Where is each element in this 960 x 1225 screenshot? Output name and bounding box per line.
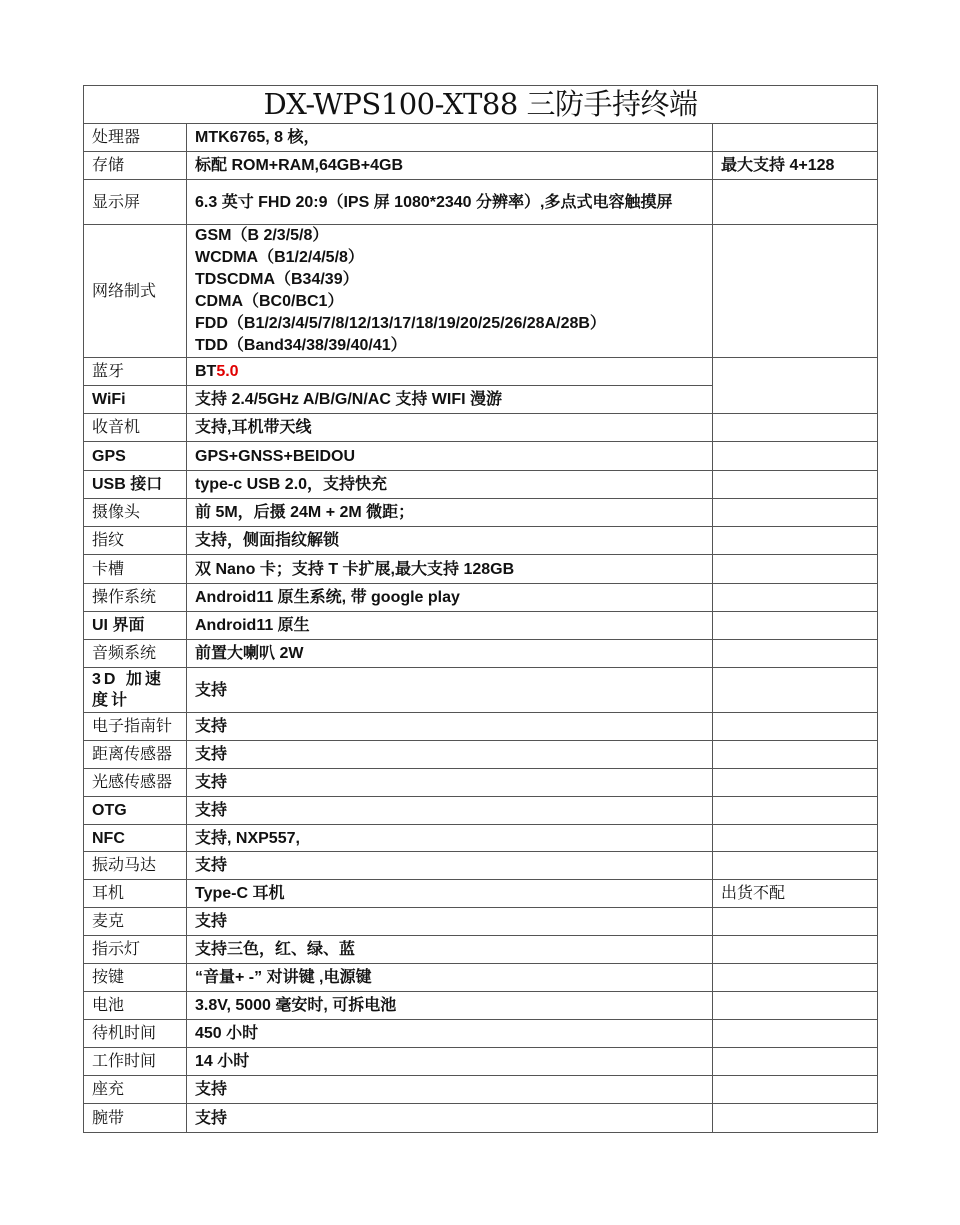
- spec-value: 支持，侧面指纹解锁: [187, 527, 713, 555]
- spec-table: DX-WPS100-XT88 三防手持终端 处理器 MTK6765, 8 核， …: [83, 85, 878, 1133]
- spec-note: [713, 668, 878, 713]
- spec-label: 网络制式: [84, 225, 187, 358]
- spec-note: [713, 1076, 878, 1104]
- table-row: 卡槽 双 Nano 卡；支持 T 卡扩展,最大支持 128GB: [84, 555, 878, 584]
- spec-value: 前置大喇叭 2W: [187, 640, 713, 668]
- spec-note: 最大支持 4+128: [713, 152, 878, 180]
- spec-value-network-bands: GSM（B 2/3/5/8） WCDMA（B1/2/4/5/8） TDSCDMA…: [187, 225, 713, 358]
- title-row: DX-WPS100-XT88 三防手持终端: [84, 86, 878, 124]
- spec-value: 支持: [187, 908, 713, 936]
- spec-note: [713, 555, 878, 584]
- spec-note: [713, 612, 878, 640]
- spec-note: [713, 225, 878, 358]
- table-row: 座充 支持: [84, 1076, 878, 1104]
- spec-label: 音频系统: [84, 640, 187, 668]
- spec-note: [713, 908, 878, 936]
- table-row: 收音机 支持,耳机带天线: [84, 414, 878, 442]
- spec-label: 3D 加速度计: [84, 668, 187, 713]
- table-row: 光感传感器 支持: [84, 769, 878, 797]
- table-row: UI 界面 Android11 原生: [84, 612, 878, 640]
- band-line: TDSCDMA（B34/39）: [195, 269, 704, 291]
- table-row: 网络制式 GSM（B 2/3/5/8） WCDMA（B1/2/4/5/8） TD…: [84, 225, 878, 358]
- spec-note: [713, 992, 878, 1020]
- spec-label: 摄像头: [84, 499, 187, 527]
- spec-label: 麦克: [84, 908, 187, 936]
- spec-label: 座充: [84, 1076, 187, 1104]
- spec-label: 待机时间: [84, 1020, 187, 1048]
- spec-note: [713, 825, 878, 852]
- spec-note: [713, 499, 878, 527]
- spec-value: 支持 2.4/5GHz A/B/G/N/AC 支持 WIFI 漫游: [187, 386, 713, 414]
- table-row: 处理器 MTK6765, 8 核，: [84, 124, 878, 152]
- table-row: 工作时间 14 小时: [84, 1048, 878, 1076]
- spec-note: [713, 442, 878, 471]
- table-row: 按键 “音量+ -” 对讲键 ,电源键: [84, 964, 878, 992]
- table-row: GPS GPS+GNSS+BEIDOU: [84, 442, 878, 471]
- spec-value: 支持: [187, 668, 713, 713]
- table-row: 3D 加速度计 支持: [84, 668, 878, 713]
- spec-value: 双 Nano 卡；支持 T 卡扩展,最大支持 128GB: [187, 555, 713, 584]
- spec-label: 操作系统: [84, 584, 187, 612]
- spec-value: 支持: [187, 1104, 713, 1133]
- band-line: TDD（Band34/38/39/40/41）: [195, 335, 704, 357]
- band-line: GSM（B 2/3/5/8）: [195, 225, 704, 247]
- table-row: 操作系统 Android11 原生系统, 带 google play: [84, 584, 878, 612]
- spec-label: 指示灯: [84, 936, 187, 964]
- spec-note: [713, 852, 878, 880]
- spec-label: OTG: [84, 797, 187, 825]
- table-row: 待机时间 450 小时: [84, 1020, 878, 1048]
- spec-value: 支持: [187, 1076, 713, 1104]
- spec-note-merged: [713, 358, 878, 414]
- spec-value: MTK6765, 8 核，: [187, 124, 713, 152]
- spec-note: [713, 180, 878, 225]
- table-row: 电子指南针 支持: [84, 713, 878, 741]
- spec-label: 收音机: [84, 414, 187, 442]
- spec-value: 6.3 英寸 FHD 20:9（IPS 屏 1080*2340 分辨率）,多点式…: [187, 180, 713, 225]
- spec-value: 450 小时: [187, 1020, 713, 1048]
- spec-note: [713, 124, 878, 152]
- spec-label: GPS: [84, 442, 187, 471]
- table-row: 存储 标配 ROM+RAM,64GB+4GB 最大支持 4+128: [84, 152, 878, 180]
- spec-label: 蓝牙: [84, 358, 187, 386]
- table-row: 摄像头 前 5M，后摄 24M + 2M 微距；: [84, 499, 878, 527]
- spec-value: BT5.0: [187, 358, 713, 386]
- spec-label: USB 接口: [84, 471, 187, 499]
- spec-value: 标配 ROM+RAM,64GB+4GB: [187, 152, 713, 180]
- spec-note: [713, 769, 878, 797]
- spec-value: 支持三色，红、绿、蓝: [187, 936, 713, 964]
- band-line: FDD（B1/2/3/4/5/7/8/12/13/17/18/19/20/25/…: [195, 313, 704, 335]
- spec-label: 光感传感器: [84, 769, 187, 797]
- table-row: 指示灯 支持三色，红、绿、蓝: [84, 936, 878, 964]
- spec-value: Android11 原生系统, 带 google play: [187, 584, 713, 612]
- spec-value: GPS+GNSS+BEIDOU: [187, 442, 713, 471]
- spec-value: 3.8V, 5000 毫安时, 可拆电池: [187, 992, 713, 1020]
- spec-label: NFC: [84, 825, 187, 852]
- spec-label: UI 界面: [84, 612, 187, 640]
- spec-note: [713, 414, 878, 442]
- spec-note: [713, 713, 878, 741]
- spec-note: [713, 584, 878, 612]
- spec-label: 振动马达: [84, 852, 187, 880]
- spec-note: [713, 471, 878, 499]
- band-line: WCDMA（B1/2/4/5/8）: [195, 247, 704, 269]
- spec-note: [713, 1020, 878, 1048]
- spec-label: 处理器: [84, 124, 187, 152]
- table-row: 腕带 支持: [84, 1104, 878, 1133]
- spec-label: 工作时间: [84, 1048, 187, 1076]
- spec-note: [713, 964, 878, 992]
- spec-value: 前 5M，后摄 24M + 2M 微距；: [187, 499, 713, 527]
- table-row: 蓝牙 BT5.0: [84, 358, 878, 386]
- bt-version-highlight: 5.0: [216, 363, 238, 380]
- spec-label: 电池: [84, 992, 187, 1020]
- spec-value: Android11 原生: [187, 612, 713, 640]
- spec-value: 支持: [187, 852, 713, 880]
- table-row: USB 接口 type-c USB 2.0，支持快充: [84, 471, 878, 499]
- table-row: 音频系统 前置大喇叭 2W: [84, 640, 878, 668]
- table-row: 电池 3.8V, 5000 毫安时, 可拆电池: [84, 992, 878, 1020]
- table-row: 指纹 支持，侧面指纹解锁: [84, 527, 878, 555]
- bt-prefix: BT: [195, 363, 216, 380]
- spec-label: 距离传感器: [84, 741, 187, 769]
- table-row: OTG 支持: [84, 797, 878, 825]
- spec-note: 出货不配: [713, 880, 878, 908]
- spec-label: 按键: [84, 964, 187, 992]
- spec-value: 支持: [187, 741, 713, 769]
- spec-label: WiFi: [84, 386, 187, 414]
- spec-note: [713, 1104, 878, 1133]
- spec-value: 14 小时: [187, 1048, 713, 1076]
- spec-label: 腕带: [84, 1104, 187, 1133]
- spec-label: 电子指南针: [84, 713, 187, 741]
- spec-value: 支持: [187, 797, 713, 825]
- spec-value: 支持,耳机带天线: [187, 414, 713, 442]
- spec-label: 存储: [84, 152, 187, 180]
- spec-note: [713, 1048, 878, 1076]
- table-row: 显示屏 6.3 英寸 FHD 20:9（IPS 屏 1080*2340 分辨率）…: [84, 180, 878, 225]
- table-row: 麦克 支持: [84, 908, 878, 936]
- spec-value: 支持: [187, 713, 713, 741]
- spec-sheet: DX-WPS100-XT88 三防手持终端 处理器 MTK6765, 8 核， …: [83, 85, 877, 1133]
- spec-value: type-c USB 2.0，支持快充: [187, 471, 713, 499]
- spec-label: 卡槽: [84, 555, 187, 584]
- document-title: DX-WPS100-XT88 三防手持终端: [84, 86, 878, 124]
- table-row: 耳机 Type-C 耳机 出货不配: [84, 880, 878, 908]
- band-line: CDMA（BC0/BC1）: [195, 291, 704, 313]
- spec-label: 耳机: [84, 880, 187, 908]
- table-row: 距离传感器 支持: [84, 741, 878, 769]
- spec-note: [713, 797, 878, 825]
- table-row: 振动马达 支持: [84, 852, 878, 880]
- spec-value: 支持, NXP557,: [187, 825, 713, 852]
- spec-value: 支持: [187, 769, 713, 797]
- spec-label: 指纹: [84, 527, 187, 555]
- spec-value: Type-C 耳机: [187, 880, 713, 908]
- spec-note: [713, 936, 878, 964]
- spec-value: “音量+ -” 对讲键 ,电源键: [187, 964, 713, 992]
- table-row: NFC 支持, NXP557,: [84, 825, 878, 852]
- spec-note: [713, 527, 878, 555]
- spec-note: [713, 640, 878, 668]
- spec-label: 显示屏: [84, 180, 187, 225]
- spec-note: [713, 741, 878, 769]
